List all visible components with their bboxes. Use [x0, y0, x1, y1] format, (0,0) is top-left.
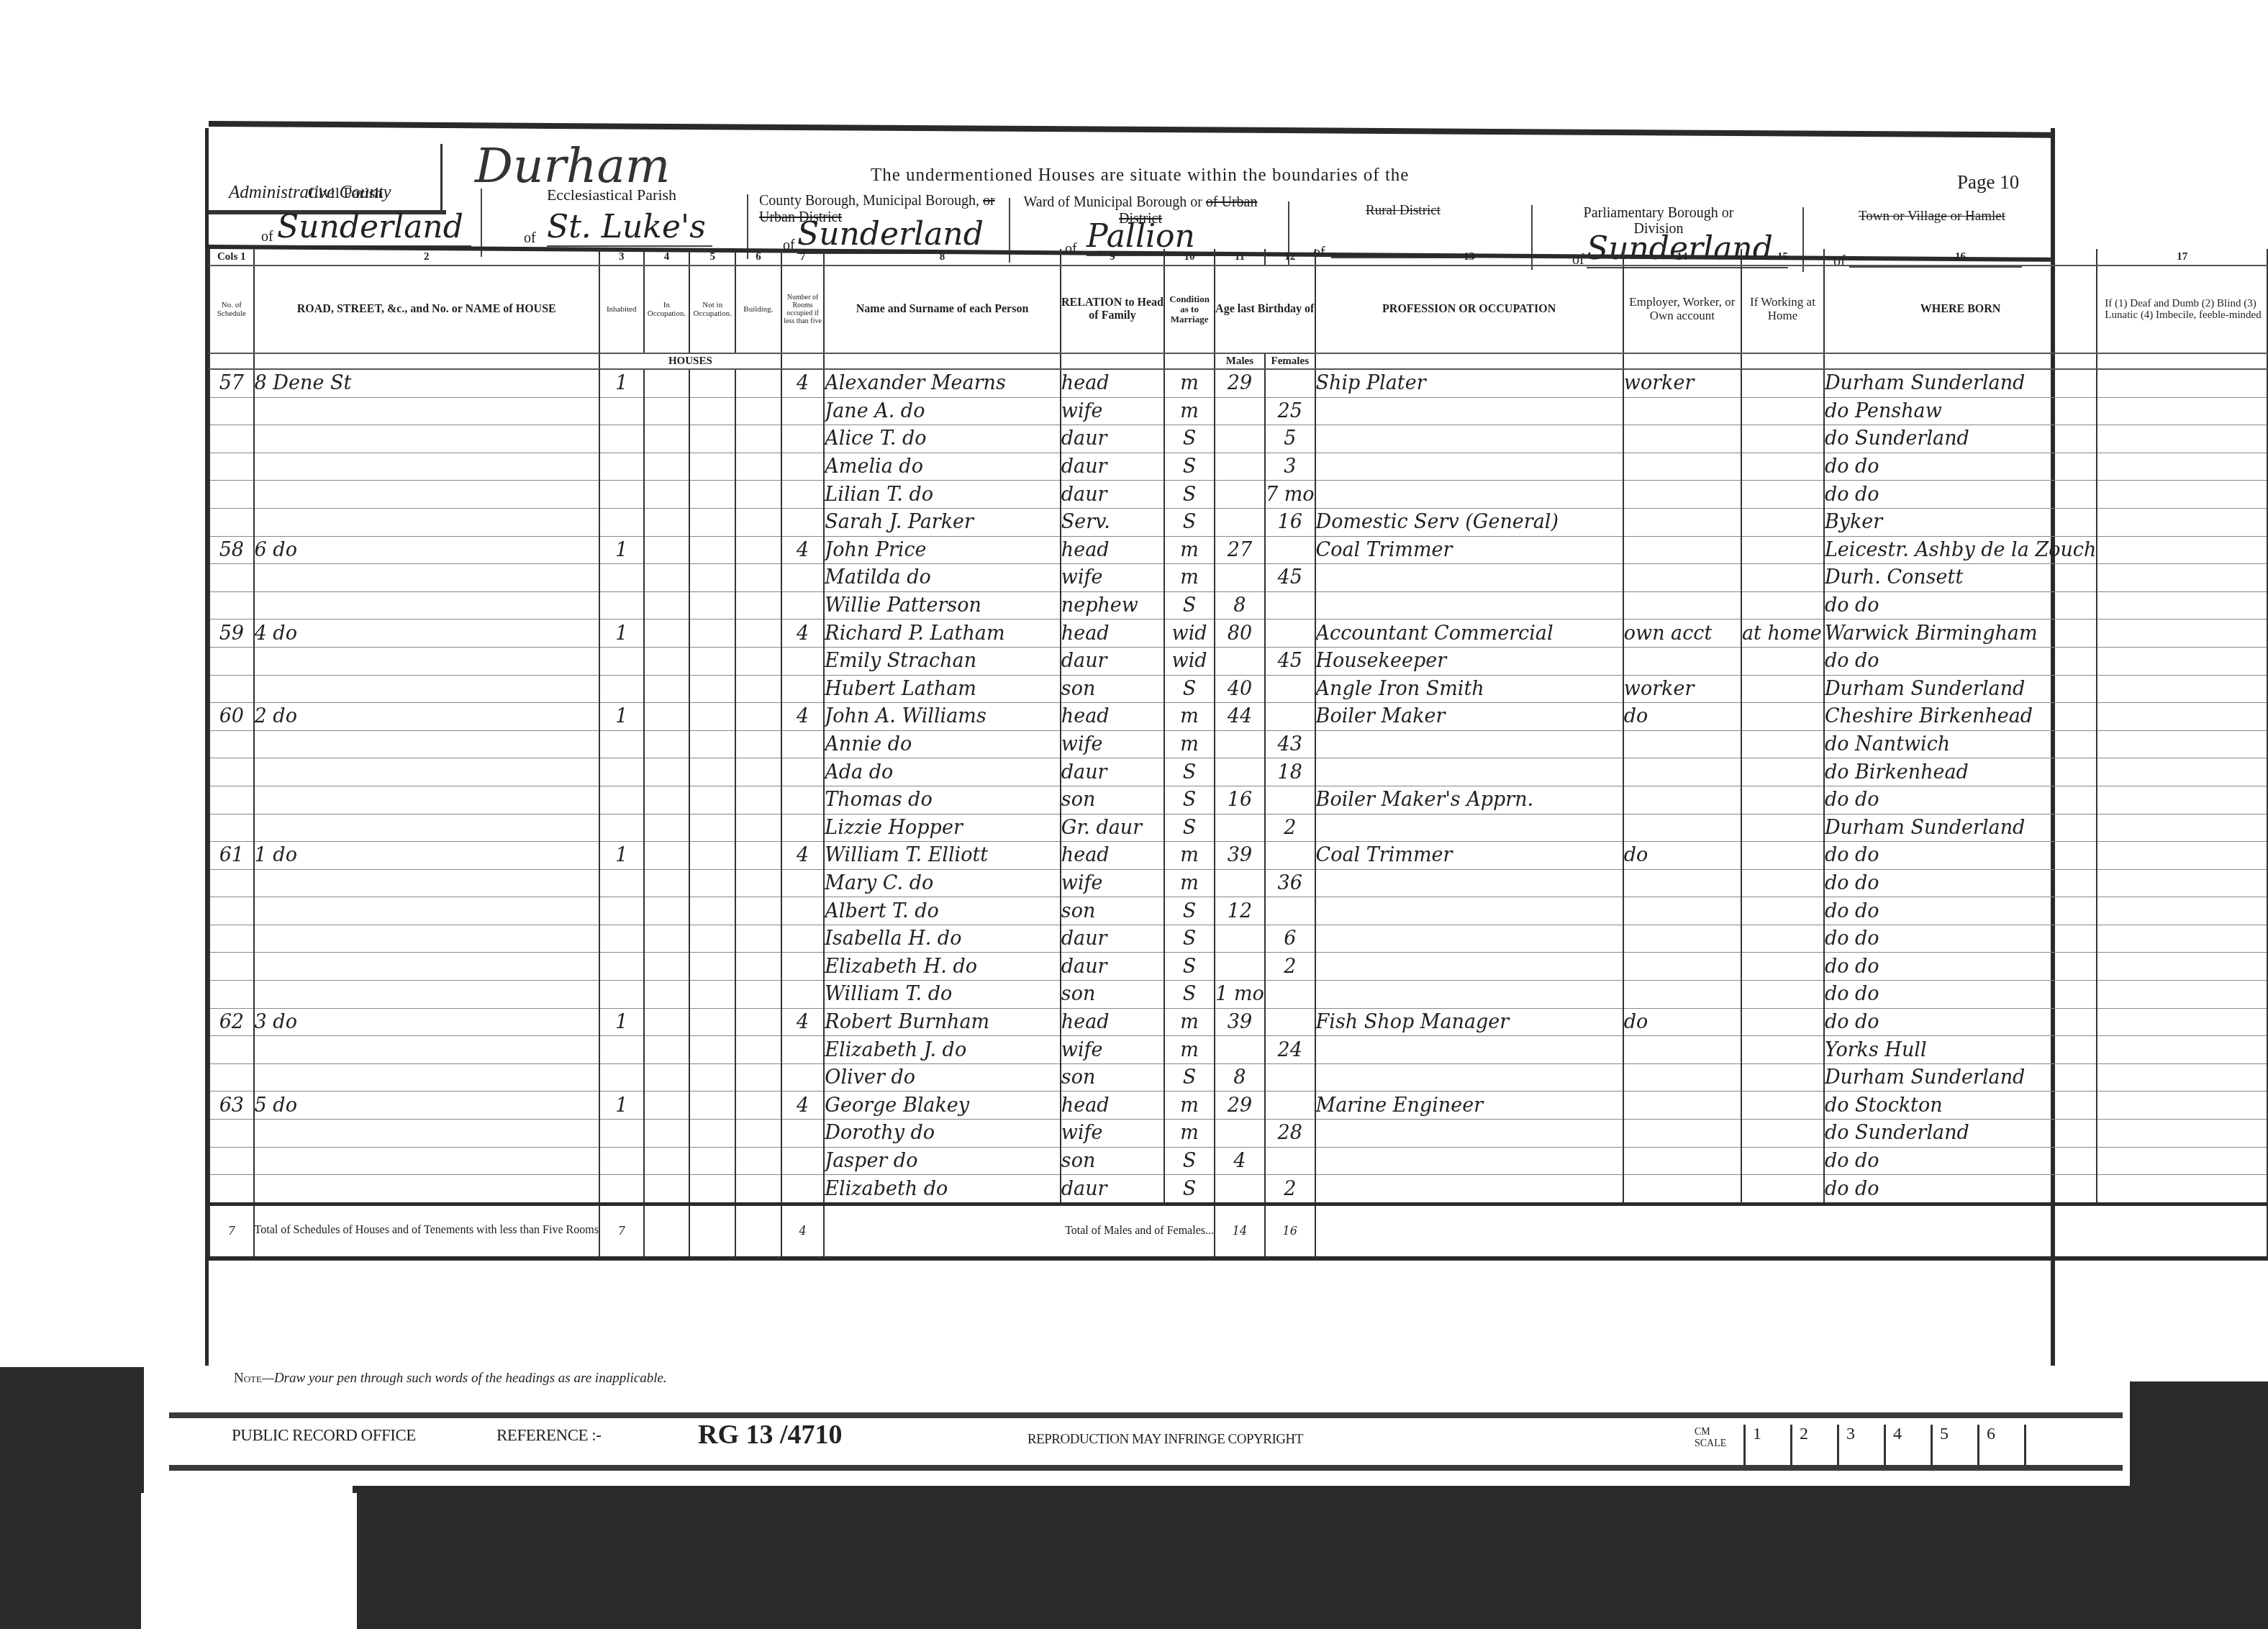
rooms-count: 4	[781, 1008, 825, 1036]
road-address: 6 do	[254, 536, 599, 564]
person-name: Albert T. do	[824, 897, 1060, 925]
table-row: Alice T. dodaurS5do Sunderland	[209, 425, 2267, 453]
road-address	[254, 897, 599, 925]
person-name: Isabella H. do	[824, 925, 1060, 953]
col-number: 5	[689, 249, 735, 266]
header-employer: Employer, Worker, or Own account	[1623, 266, 1741, 353]
marital-condition: S	[1164, 481, 1215, 509]
building	[735, 1008, 781, 1036]
relation: son	[1061, 1063, 1164, 1092]
not-in-occupation	[689, 814, 735, 842]
header-where-born: WHERE BORN	[1824, 266, 2097, 353]
employment-status	[1623, 758, 1741, 786]
female-age: 5	[1265, 425, 1315, 453]
inhabited-count: 1	[599, 842, 644, 870]
building	[735, 675, 781, 703]
occupation	[1315, 953, 1623, 981]
table-row: Thomas dosonS16Boiler Maker's Apprn.do d…	[209, 786, 2267, 814]
birthplace: Byker	[1824, 508, 2097, 536]
infirmity	[2097, 897, 2267, 925]
schedule-number	[209, 814, 254, 842]
in-occupation	[644, 1063, 690, 1092]
female-age	[1265, 620, 1315, 648]
female-age	[1265, 675, 1315, 703]
employment-status: do	[1623, 703, 1741, 731]
not-in-occupation	[689, 425, 735, 453]
person-name: Thomas do	[824, 786, 1060, 814]
birthplace: do do	[1824, 869, 2097, 897]
marital-condition: m	[1164, 1120, 1215, 1148]
not-in-occupation	[689, 869, 735, 897]
rooms-count	[781, 814, 825, 842]
reference-label: REFERENCE :-	[496, 1426, 601, 1445]
female-age: 16	[1265, 508, 1315, 536]
cm-scale-tick: 2	[1790, 1425, 1835, 1465]
table-row: William T. dosonS1 modo do	[209, 981, 2267, 1009]
scan-background-right	[2130, 1381, 2268, 1489]
col-number: 10	[1164, 249, 1215, 266]
not-in-occupation	[689, 620, 735, 648]
spacer	[1741, 353, 1824, 369]
building	[735, 647, 781, 675]
person-name: John A. Williams	[824, 703, 1060, 731]
in-occupation	[644, 1175, 690, 1204]
schedule-number	[209, 675, 254, 703]
birthplace: do Birkenhead	[1824, 758, 2097, 786]
rooms-count	[781, 981, 825, 1009]
occupation: Boiler Maker	[1315, 703, 1623, 731]
male-age: 4	[1215, 1147, 1265, 1175]
working-at-home	[1741, 453, 1824, 481]
note-prefix: Note	[234, 1371, 262, 1386]
occupation	[1315, 869, 1623, 897]
schedule-number: 58	[209, 536, 254, 564]
inhabited-count	[599, 397, 644, 425]
not-in-occupation	[689, 1175, 735, 1204]
female-age	[1265, 1008, 1315, 1036]
birthplace: do Stockton	[1824, 1092, 2097, 1120]
male-age	[1215, 814, 1265, 842]
in-occupation	[644, 1092, 690, 1120]
schedule-number	[209, 730, 254, 758]
schedule-number	[209, 591, 254, 620]
working-at-home	[1741, 1008, 1824, 1036]
rooms-count	[781, 925, 825, 953]
col-number: 11	[1215, 249, 1265, 266]
male-age: 8	[1215, 591, 1265, 620]
male-age	[1215, 481, 1265, 509]
person-name: William T. Elliott	[824, 842, 1060, 870]
birthplace: do do	[1824, 786, 2097, 814]
schedule-number: 62	[209, 1008, 254, 1036]
table-row: Matilda dowifem45Durh. Consett	[209, 564, 2267, 592]
inhabited-count	[599, 453, 644, 481]
occupation: Angle Iron Smith	[1315, 675, 1623, 703]
schedule-number	[209, 1063, 254, 1092]
relation: daur	[1061, 425, 1164, 453]
infirmity	[2097, 981, 2267, 1009]
working-at-home	[1741, 397, 1824, 425]
occupation	[1315, 591, 1623, 620]
female-age	[1265, 1092, 1315, 1120]
rooms-count	[781, 1036, 825, 1064]
employment-status	[1623, 1120, 1741, 1148]
spacer	[1164, 353, 1215, 369]
building	[735, 869, 781, 897]
scan-background-bottom	[353, 1486, 2268, 1629]
person-name: Lilian T. do	[824, 481, 1060, 509]
not-in-occupation	[689, 981, 735, 1009]
infirmity	[2097, 869, 2267, 897]
person-name: Elizabeth H. do	[824, 953, 1060, 981]
not-in-occupation	[689, 508, 735, 536]
male-age	[1215, 869, 1265, 897]
rooms-count	[781, 953, 825, 981]
in-occupation	[644, 1036, 690, 1064]
female-age: 2	[1265, 953, 1315, 981]
road-address	[254, 730, 599, 758]
table-row: 594 do14Richard P. Lathamheadwid80Accoun…	[209, 620, 2267, 648]
working-at-home	[1741, 1036, 1824, 1064]
working-at-home	[1741, 758, 1824, 786]
occupation	[1315, 1175, 1623, 1204]
occupation: Marine Engineer	[1315, 1092, 1623, 1120]
header-age: Age last Birthday of	[1215, 266, 1315, 353]
person-name: Dorothy do	[824, 1120, 1060, 1148]
inhabited-count	[599, 675, 644, 703]
infirmity	[2097, 814, 2267, 842]
infirmity	[2097, 1175, 2267, 1204]
female-age	[1265, 369, 1315, 397]
employment-status: do	[1623, 1008, 1741, 1036]
birthplace: do do	[1824, 842, 2097, 870]
working-at-home	[1741, 536, 1824, 564]
female-age: 36	[1265, 869, 1315, 897]
marital-condition: wid	[1164, 647, 1215, 675]
birthplace: Yorks Hull	[1824, 1036, 2097, 1064]
column-header-row: No. of Schedule ROAD, STREET, &c., and N…	[209, 266, 2267, 353]
building	[735, 730, 781, 758]
marital-condition: S	[1164, 1147, 1215, 1175]
occupation: Fish Shop Manager	[1315, 1008, 1623, 1036]
employment-status	[1623, 508, 1741, 536]
inhabited-count	[599, 814, 644, 842]
header-infirmity: If (1) Deaf and Dumb (2) Blind (3) Lunat…	[2097, 266, 2267, 353]
marital-condition: m	[1164, 842, 1215, 870]
not-in-occupation	[689, 703, 735, 731]
not-in-occupation	[689, 397, 735, 425]
occupation	[1315, 425, 1623, 453]
relation: head	[1061, 536, 1164, 564]
female-age	[1265, 786, 1315, 814]
person-name: William T. do	[824, 981, 1060, 1009]
birthplace: Durham Sunderland	[1824, 675, 2097, 703]
rooms-count	[781, 1120, 825, 1148]
occupation: Coal Trimmer	[1315, 536, 1623, 564]
relation: Gr. daur	[1061, 814, 1164, 842]
table-row: Oliver dosonS8Durham Sunderland	[209, 1063, 2267, 1092]
infirmity	[2097, 925, 2267, 953]
occupation	[1315, 397, 1623, 425]
female-age	[1265, 536, 1315, 564]
rooms-count: 4	[781, 842, 825, 870]
marital-condition: m	[1164, 730, 1215, 758]
inhabited-count: 1	[599, 1092, 644, 1120]
marital-condition: S	[1164, 758, 1215, 786]
building	[735, 397, 781, 425]
total-females: 16	[1265, 1204, 1315, 1258]
col-number: 6	[735, 249, 781, 266]
in-occupation	[644, 814, 690, 842]
road-address: 2 do	[254, 703, 599, 731]
col-number: 2	[254, 249, 599, 266]
spacer	[1315, 353, 1623, 369]
schedule-number: 61	[209, 842, 254, 870]
person-name: Matilda do	[824, 564, 1060, 592]
inhabited-count	[599, 925, 644, 953]
ecclesiastical-parish-value: St. Luke's	[547, 209, 712, 247]
inhabited-count: 1	[599, 1008, 644, 1036]
schedule-number	[209, 925, 254, 953]
in-occupation	[644, 675, 690, 703]
male-age: 44	[1215, 703, 1265, 731]
rooms-count	[781, 786, 825, 814]
in-occupation	[644, 620, 690, 648]
inhabited-count	[599, 758, 644, 786]
occupation	[1315, 814, 1623, 842]
infirmity	[2097, 369, 2267, 397]
infirmity	[2097, 620, 2267, 648]
building	[735, 564, 781, 592]
col-number: 17	[2097, 249, 2267, 266]
rooms-count	[781, 869, 825, 897]
rooms-count: 4	[781, 369, 825, 397]
schedule-number: 59	[209, 620, 254, 648]
infirmity	[2097, 953, 2267, 981]
employment-status	[1623, 925, 1741, 953]
schedule-number	[209, 425, 254, 453]
relation: daur	[1061, 758, 1164, 786]
road-address	[254, 397, 599, 425]
employment-status	[1623, 730, 1741, 758]
table-row: Lizzie HopperGr. daurS2Durham Sunderland	[209, 814, 2267, 842]
in-occupation	[644, 786, 690, 814]
marital-condition: S	[1164, 814, 1215, 842]
working-at-home	[1741, 508, 1824, 536]
relation: daur	[1061, 453, 1164, 481]
female-age: 7 mo	[1265, 481, 1315, 509]
public-record-office: PUBLIC RECORD OFFICE	[232, 1426, 416, 1445]
female-age: 25	[1265, 397, 1315, 425]
birthplace: do Sunderland	[1824, 1120, 2097, 1148]
person-name: Emily Strachan	[824, 647, 1060, 675]
relation: son	[1061, 675, 1164, 703]
relation: daur	[1061, 1175, 1164, 1204]
marital-condition: m	[1164, 536, 1215, 564]
employment-status	[1623, 869, 1741, 897]
employment-status	[1623, 397, 1741, 425]
header-rooms: Number of Rooms occupied if less than fi…	[781, 266, 825, 353]
rooms-count	[781, 591, 825, 620]
in-occupation	[644, 397, 690, 425]
building	[735, 425, 781, 453]
road-address	[254, 814, 599, 842]
header-building: Building.	[735, 266, 781, 353]
road-address	[254, 481, 599, 509]
birthplace: do do	[1824, 647, 2097, 675]
working-at-home	[1741, 953, 1824, 981]
male-age: 16	[1215, 786, 1265, 814]
person-name: George Blakey	[824, 1092, 1060, 1120]
relation: wife	[1061, 1120, 1164, 1148]
road-address: 4 do	[254, 620, 599, 648]
occupation: Housekeeper	[1315, 647, 1623, 675]
cm-scale-tick	[2024, 1425, 2069, 1465]
header-name: Name and Surname of each Person	[824, 266, 1060, 353]
building	[735, 814, 781, 842]
rooms-count	[781, 1063, 825, 1092]
in-occupation	[644, 730, 690, 758]
header-condition: Condition as to Marriage	[1164, 266, 1215, 353]
civil-parish-label: Civil Parish	[273, 183, 417, 202]
infirmity	[2097, 730, 2267, 758]
inhabited-count	[599, 647, 644, 675]
birthplace: do Nantwich	[1824, 730, 2097, 758]
in-occupation	[644, 564, 690, 592]
birthplace: Warwick Birmingham	[1824, 620, 2097, 648]
table-row: Sarah J. ParkerServ.S16Domestic Serv (Ge…	[209, 508, 2267, 536]
in-occupation	[644, 591, 690, 620]
marital-condition: S	[1164, 675, 1215, 703]
col-number: 3	[599, 249, 644, 266]
county-borough-label-text: County Borough, Municipal Borough,	[759, 193, 979, 209]
table-row: 623 do14Robert Burnhamheadm39Fish Shop M…	[209, 1008, 2267, 1036]
schedule-number: 63	[209, 1092, 254, 1120]
male-age	[1215, 397, 1265, 425]
male-age: 40	[1215, 675, 1265, 703]
birthplace: do do	[1824, 1175, 2097, 1204]
road-address	[254, 425, 599, 453]
in-occupation	[644, 703, 690, 731]
pro-rule-bottom	[169, 1465, 2123, 1471]
col-number: 16	[1824, 249, 2097, 266]
inhabited-count	[599, 425, 644, 453]
working-at-home	[1741, 591, 1824, 620]
not-in-occupation	[689, 925, 735, 953]
col-number: 4	[644, 249, 690, 266]
header-inhabited: Inhabited	[599, 266, 644, 353]
person-name: Annie do	[824, 730, 1060, 758]
infirmity	[2097, 591, 2267, 620]
not-in-occupation	[689, 647, 735, 675]
marital-condition: m	[1164, 1092, 1215, 1120]
infirmity	[2097, 453, 2267, 481]
col-number: 15	[1741, 249, 1824, 266]
in-occupation	[644, 758, 690, 786]
cm-scale-tick: 6	[1977, 1425, 2022, 1465]
occupation: Accountant Commercial	[1315, 620, 1623, 648]
spacer	[644, 1204, 690, 1258]
person-name: Robert Burnham	[824, 1008, 1060, 1036]
relation: wife	[1061, 869, 1164, 897]
female-age: 3	[1265, 453, 1315, 481]
rooms-count	[781, 730, 825, 758]
employment-status	[1623, 536, 1741, 564]
birthplace: Durham Sunderland	[1824, 814, 2097, 842]
relation: daur	[1061, 925, 1164, 953]
in-occupation	[644, 842, 690, 870]
relation: head	[1061, 1008, 1164, 1036]
building	[735, 1175, 781, 1204]
male-age	[1215, 925, 1265, 953]
road-address	[254, 675, 599, 703]
rural-district-label: Rural District	[1324, 203, 1482, 219]
rooms-count	[781, 425, 825, 453]
table-row: Elizabeth H. dodaurS2do do	[209, 953, 2267, 981]
civil-parish-of: of	[261, 229, 273, 245]
rooms-count: 4	[781, 703, 825, 731]
birthplace: do do	[1824, 953, 2097, 981]
employment-status: do	[1623, 842, 1741, 870]
table-row: Jane A. dowifem25do Penshaw	[209, 397, 2267, 425]
male-age: 39	[1215, 1008, 1265, 1036]
building	[735, 369, 781, 397]
male-age: 12	[1215, 897, 1265, 925]
table-row: Willie PattersonnephewS8do do	[209, 591, 2267, 620]
building	[735, 620, 781, 648]
rooms-count	[781, 453, 825, 481]
table-row: 586 do14John Priceheadm27Coal TrimmerLei…	[209, 536, 2267, 564]
inhabited-count	[599, 1063, 644, 1092]
spacer	[781, 353, 825, 369]
building	[735, 481, 781, 509]
building	[735, 981, 781, 1009]
schedule-number	[209, 758, 254, 786]
occupation	[1315, 564, 1623, 592]
relation: Serv.	[1061, 508, 1164, 536]
not-in-occupation	[689, 842, 735, 870]
employment-status	[1623, 591, 1741, 620]
schedule-number	[209, 481, 254, 509]
not-in-occupation	[689, 758, 735, 786]
female-age	[1265, 591, 1315, 620]
table-row: 578 Dene St14Alexander Mearnsheadm29Ship…	[209, 369, 2267, 397]
infirmity	[2097, 1063, 2267, 1092]
total-rooms: 4	[781, 1204, 825, 1258]
relation: head	[1061, 1092, 1164, 1120]
table-row: Lilian T. dodaurS7 modo do	[209, 481, 2267, 509]
in-occupation	[644, 453, 690, 481]
building	[735, 786, 781, 814]
inhabited-count	[599, 591, 644, 620]
employment-status	[1623, 453, 1741, 481]
occupation	[1315, 1120, 1623, 1148]
employment-status: worker	[1623, 369, 1741, 397]
in-occupation	[644, 1147, 690, 1175]
table-row: Amelia dodaurS3do do	[209, 453, 2267, 481]
marital-condition: S	[1164, 1063, 1215, 1092]
working-at-home	[1741, 1063, 1824, 1092]
table-row: Emily Strachandaurwid45Housekeeperdo do	[209, 647, 2267, 675]
building	[735, 1092, 781, 1120]
infirmity	[2097, 842, 2267, 870]
not-in-occupation	[689, 1120, 735, 1148]
occupation: Boiler Maker's Apprn.	[1315, 786, 1623, 814]
occupation	[1315, 453, 1623, 481]
relation: son	[1061, 981, 1164, 1009]
birthplace: do do	[1824, 1147, 2097, 1175]
scale-label: SCALE	[1695, 1438, 1726, 1450]
